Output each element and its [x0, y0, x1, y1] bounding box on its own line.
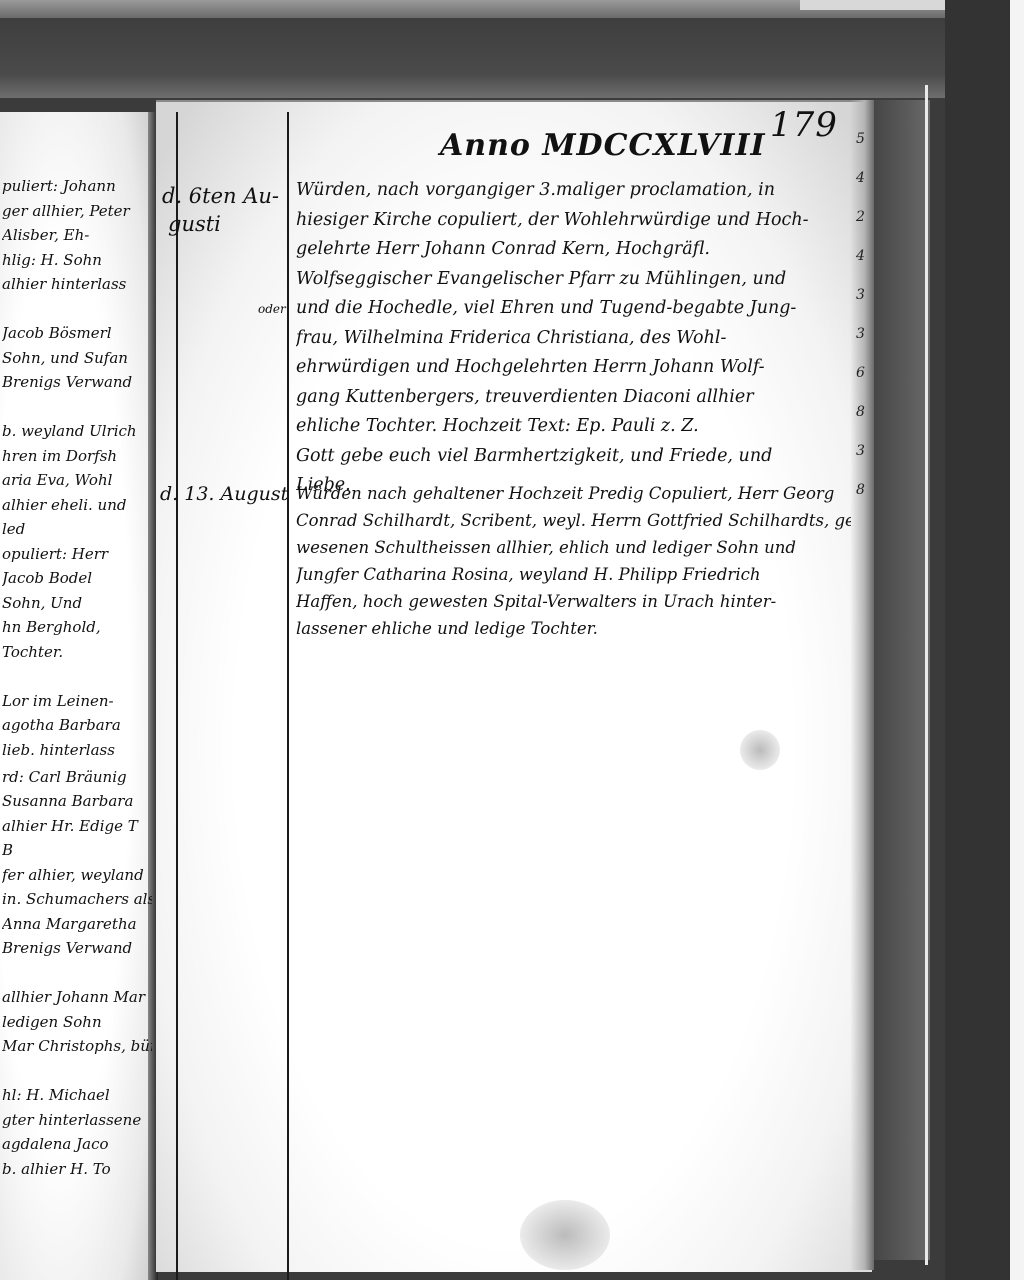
left-line: aria Eva, Wohl — [2, 468, 152, 493]
paper-stain — [520, 1200, 610, 1270]
paper-stain — [740, 730, 780, 770]
left-line: alhier eheli. und — [2, 493, 152, 518]
left-line: in. Schumachers als — [2, 887, 152, 912]
column-rule-date — [287, 112, 289, 1280]
marriage-entry: Würden nach gehaltener Hochzeit Predig C… — [296, 480, 851, 642]
left-line: puliert: Johann — [2, 174, 152, 199]
tally-mark: 4 — [856, 159, 865, 198]
left-line: hlig: H. Sohn — [2, 248, 152, 273]
tally-mark: 3 — [856, 276, 865, 315]
left-line: B — [2, 838, 152, 863]
entry-line: frau, Wilhelmina Friderica Christiana, d… — [296, 324, 851, 354]
right-margin-tally: 5 4 2 4 3 3 6 8 3 8 — [856, 120, 865, 510]
left-line: Sohn, Und — [2, 591, 152, 616]
left-line: gter hinterlassene — [2, 1108, 152, 1133]
entry-date: d. 6ten Au- gusti — [162, 182, 279, 238]
left-line: Anna Margaretha — [2, 912, 152, 937]
scan-top-highlight — [800, 0, 950, 10]
entry-line: Haffen, hoch gewesten Spital-Verwalters … — [296, 588, 851, 615]
entry-line: gang Kuttenbergers, treuverdienten Diaco… — [296, 383, 851, 413]
date-line: d. 13. August — [160, 480, 288, 508]
date-line: gusti — [162, 210, 279, 238]
left-line: Jacob Bodel — [2, 566, 152, 591]
left-line: b. alhier H. To — [2, 1157, 152, 1182]
entry-line: Jungfer Catharina Rosina, weyland H. Phi… — [296, 561, 851, 588]
scan-right-frame — [945, 0, 1010, 1280]
left-line: opuliert: Herr — [2, 542, 152, 567]
left-line: Lor im Leinen- — [2, 689, 152, 714]
entry-line: hiesiger Kirche copuliert, der Wohlehrwü… — [296, 206, 851, 236]
left-page-text-bottom: rd: Carl Bräunig Susanna Barbara alhier … — [2, 740, 152, 1181]
left-line: rd: Carl Bräunig — [2, 765, 152, 790]
entry-line: lassener ehliche und ledige Tochter. — [296, 615, 851, 642]
scan-right-edge — [1010, 0, 1024, 1280]
book-edge-strip — [872, 100, 930, 1260]
left-line: hren im Dorfsh — [2, 444, 152, 469]
left-line: allhier Johann Mar — [2, 985, 152, 1010]
left-line: led — [2, 517, 152, 542]
entry-line: ehrwürdigen und Hochgelehrten Herrn Joha… — [296, 353, 851, 383]
tally-mark: 5 — [856, 120, 865, 159]
left-line — [2, 664, 152, 689]
entry-line: gelehrte Herr Johann Conrad Kern, Hochgr… — [296, 235, 851, 265]
marriage-entry: Würden, nach vorgangiger 3.maliger procl… — [296, 176, 851, 501]
year-heading: Anno MDCCXLVIII — [440, 128, 766, 163]
left-line: Susanna Barbara — [2, 789, 152, 814]
left-line — [2, 297, 152, 322]
left-line: alhier hinterlass — [2, 272, 152, 297]
entry-line: wesenen Schultheissen allhier, ehlich un… — [296, 534, 851, 561]
tally-mark: 8 — [856, 471, 865, 510]
entry-line: Wolfseggischer Evangelischer Pfarr zu Mü… — [296, 265, 851, 295]
left-line: fer alhier, weyland — [2, 863, 152, 888]
left-line — [2, 1059, 152, 1084]
date-line: d. 6ten Au- — [162, 182, 279, 210]
left-line: alhier Hr. Edige T — [2, 814, 152, 839]
left-line: Brenigs Verwand — [2, 936, 152, 961]
tally-mark: 2 — [856, 198, 865, 237]
tally-mark: 4 — [856, 237, 865, 276]
left-line — [2, 740, 152, 765]
tally-mark: 3 — [856, 432, 865, 471]
left-line: agdalena Jaco — [2, 1132, 152, 1157]
book-edge-line — [925, 85, 928, 1265]
left-line: Jacob Bösmerl — [2, 321, 152, 346]
left-line: Brenigs Verwand — [2, 370, 152, 395]
entry-line: ehliche Tochter. Hochzeit Text: Ep. Paul… — [296, 412, 851, 442]
left-line: Alisber, Eh- — [2, 223, 152, 248]
left-line — [2, 395, 152, 420]
left-line: Tochter. — [2, 640, 152, 665]
scan-top-band — [0, 18, 945, 98]
entry-line: Gott gebe euch viel Barmhertzigkeit, und… — [296, 442, 851, 472]
tally-mark: 6 — [856, 354, 865, 393]
left-page-text-top: puliert: Johann ger allhier, Peter Alisb… — [2, 174, 152, 762]
left-line: agotha Barbara — [2, 713, 152, 738]
tally-mark: 3 — [856, 315, 865, 354]
left-line: Mar Christophs, bürg — [2, 1034, 152, 1059]
left-line: hn Berghold, — [2, 615, 152, 640]
entry-date: d. 13. August — [160, 480, 288, 508]
tally-mark: 8 — [856, 393, 865, 432]
left-line: hl: H. Michael — [2, 1083, 152, 1108]
entry-line: Conrad Schilhardt, Scribent, weyl. Herrn… — [296, 507, 851, 534]
left-line — [2, 961, 152, 986]
entry-line: Würden nach gehaltener Hochzeit Predig C… — [296, 480, 851, 507]
entry-line: Würden, nach vorgangiger 3.maliger procl… — [296, 176, 851, 206]
left-line: Sohn, und Sufan — [2, 346, 152, 371]
page-number: 179 — [770, 105, 838, 145]
column-rule-left — [176, 112, 178, 1280]
margin-note: oder — [258, 302, 286, 316]
left-line: b. weyland Ulrich — [2, 419, 152, 444]
entry-line: und die Hochedle, viel Ehren und Tugend-… — [296, 294, 851, 324]
left-line: ledigen Sohn — [2, 1010, 152, 1035]
left-line: ger allhier, Peter — [2, 199, 152, 224]
